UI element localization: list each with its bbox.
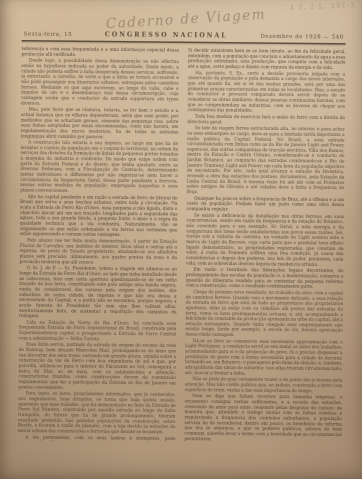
page-content: 4 T. 2 L. 201-3 Caderno de Viagem Sexta-… bbox=[16, 0, 347, 479]
header-date-page: Dezembro de 1928 — 546 bbox=[260, 33, 343, 40]
text-columns: referencia e com essa frequentada e a um… bbox=[18, 47, 346, 444]
paragraph: Pelo abaixo vae ter feita muita demonstr… bbox=[19, 238, 177, 266]
paragraph: referencia e com essa frequentada e a um… bbox=[21, 47, 179, 59]
paragraph: Não se póde do qual certamente trazer a … bbox=[185, 377, 343, 394]
header-masthead: CONGRESSO NACIONAL bbox=[105, 30, 228, 39]
paragraph: Mas, pelo facto que se clamava, todavia,… bbox=[21, 107, 179, 140]
corner-pencil-annotation: 4 T. 2 L. 201-3 bbox=[290, 1, 356, 11]
paragraph: Se tem da viagem ferrea estructurada alt… bbox=[187, 126, 345, 197]
paragraph: Nem se diga que faltam recursos para tam… bbox=[184, 394, 342, 443]
column-right: Si decidir ministrem bem se ao bom intui… bbox=[184, 48, 345, 443]
paragraph: A construcção não estaria a seu império,… bbox=[20, 140, 178, 195]
handwritten-title-annotation: Caderno de Viagem bbox=[106, 7, 267, 32]
paragraph: Em razão o resultado das liberações lega… bbox=[186, 267, 344, 290]
paragraph: O Sr. J. de P. — Sr. Presidente, tomou a… bbox=[19, 266, 177, 321]
header-rule bbox=[22, 40, 346, 45]
paragraph: Chega de proximo novo resultado, no trab… bbox=[185, 290, 343, 339]
paragraph: Desde logo, a possibilidade dessa demons… bbox=[21, 58, 179, 107]
paragraph: Ha, portanto, S. Ex., certo a decisão pr… bbox=[187, 70, 345, 114]
paragraph: Qualquer ha poucos sobre a frequencia de… bbox=[186, 196, 344, 213]
paragraph: Essa linha serviu, partindo da estrada d… bbox=[18, 342, 176, 391]
paragraph: Lida na Estação do Norte do Rio d'Ouro, … bbox=[19, 320, 177, 343]
header-weekday: Sexta-feira, 15 bbox=[24, 31, 72, 38]
paragraph: Toda boa medida de exercicio fará a uniã… bbox=[187, 114, 345, 126]
paragraph: Si decidir ministrem bem se ao bom intui… bbox=[188, 48, 346, 71]
paragraph: Se existe a deficiencia da installação n… bbox=[186, 213, 344, 268]
scanned-newspaper-page: 4 T. 2 L. 201-3 Caderno de Viagem Sexta-… bbox=[0, 0, 362, 479]
paragraph: Para tanto, os juros, propriamente infor… bbox=[18, 391, 176, 435]
page-header: Sexta-feira, 15 CONGRESSO NACIONAL Dezem… bbox=[24, 30, 344, 41]
paragraph: Dá-se ao livro ao commercio essa necessa… bbox=[185, 338, 343, 377]
column-left: referencia e com essa frequentada e a um… bbox=[18, 47, 179, 442]
paragraph: Alto ha capital pendente e em razão a es… bbox=[20, 194, 178, 238]
paragraph: A via permanente, com os seus lastros e … bbox=[18, 435, 176, 442]
